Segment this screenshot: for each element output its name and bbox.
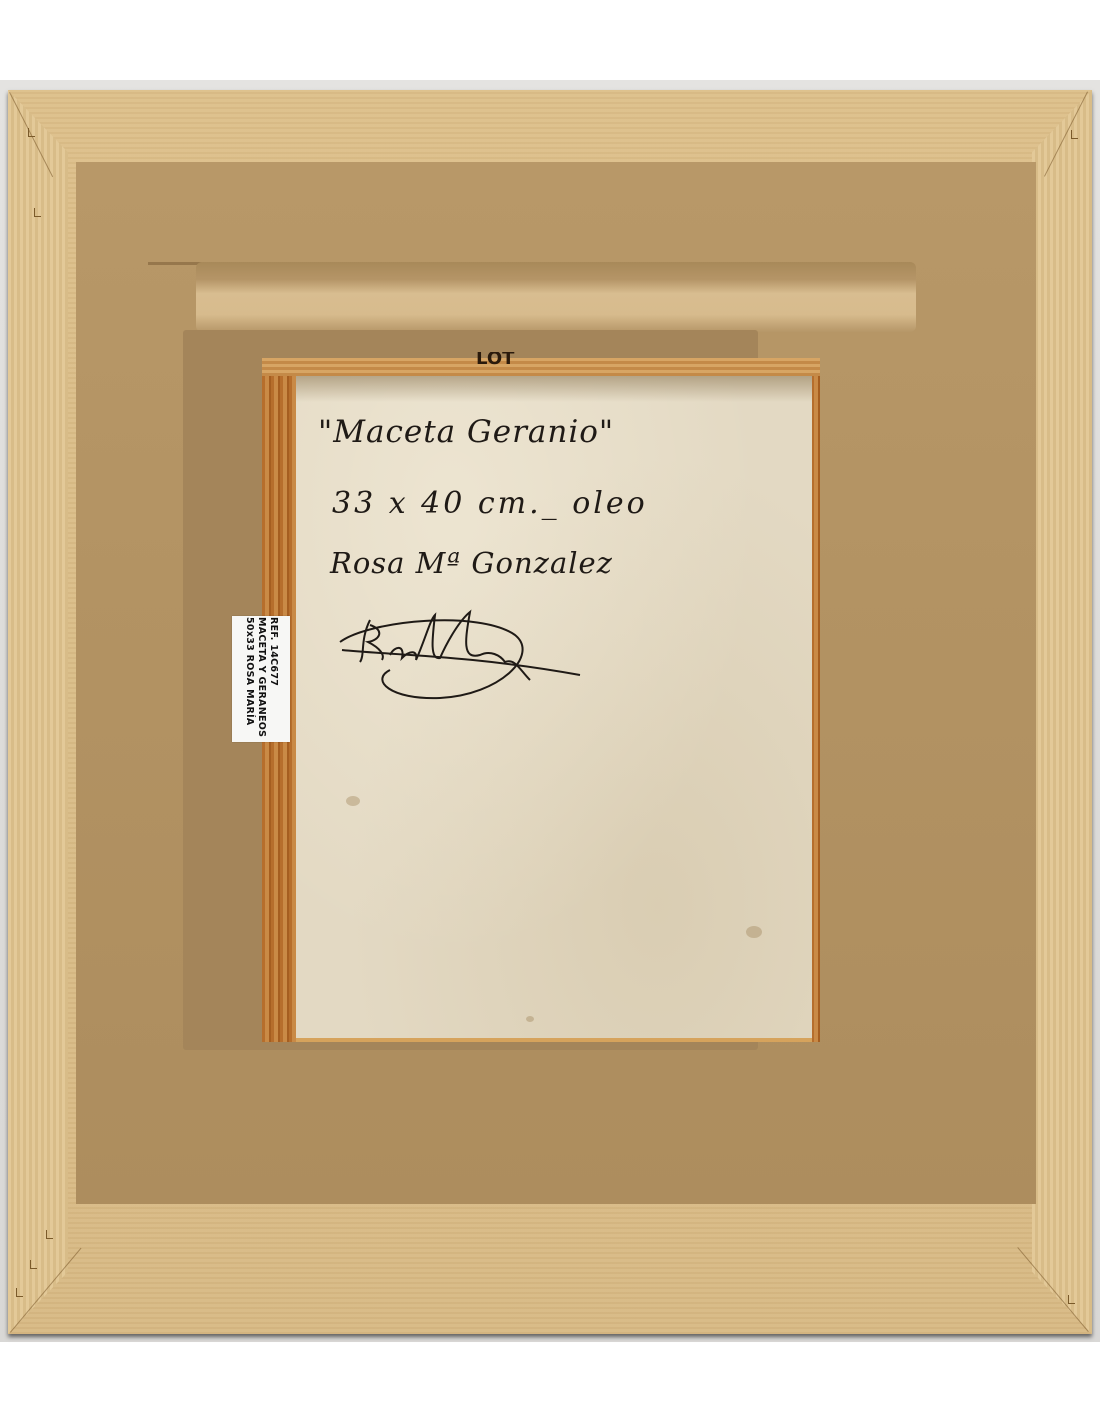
staple-icon [1068, 1295, 1075, 1304]
sticker-line-size-artist: 50x33 ROSA MARÍA [243, 617, 255, 741]
handwritten-title: "Maceta Geranio" [318, 414, 614, 450]
handwritten-artist-name: Rosa Mª Gonzalez [330, 546, 613, 580]
staple-icon [16, 1288, 23, 1297]
frame-right-rail [1032, 90, 1092, 1334]
staple-icon [1071, 130, 1078, 139]
frame-left-rail [8, 90, 68, 1334]
canvas-stain [346, 796, 360, 806]
handwritten-dimensions: 33 x 40 cm._ oleo [332, 486, 648, 521]
canvas-stain [746, 926, 762, 938]
staple-icon [34, 208, 41, 217]
inventory-sticker: REF. 14C677 MACETA Y GERANEOS 50x33 ROSA… [232, 616, 290, 742]
sticker-line-title: MACETA Y GERANEOS [255, 617, 267, 741]
canvas-back: "Maceta Geranio" 33 x 40 cm._ oleo Rosa … [296, 376, 812, 1042]
canvas-shadow [296, 376, 812, 402]
picture-frame: LOT "Maceta Geranio" 33 x 40 cm._ oleo R… [8, 90, 1092, 1334]
kraft-paper-torn-strip [196, 262, 916, 332]
artist-signature [330, 600, 590, 710]
partial-stamp: LOT [476, 352, 534, 366]
staple-icon [28, 128, 35, 137]
inventory-sticker-text: REF. 14C677 MACETA Y GERANEOS 50x33 ROSA… [243, 617, 279, 741]
stretcher-bar-top [262, 358, 820, 376]
canvas-stain [526, 1016, 534, 1022]
sticker-line-ref: REF. 14C677 [267, 617, 279, 741]
staple-icon [30, 1260, 37, 1269]
staple-icon [46, 1230, 53, 1239]
